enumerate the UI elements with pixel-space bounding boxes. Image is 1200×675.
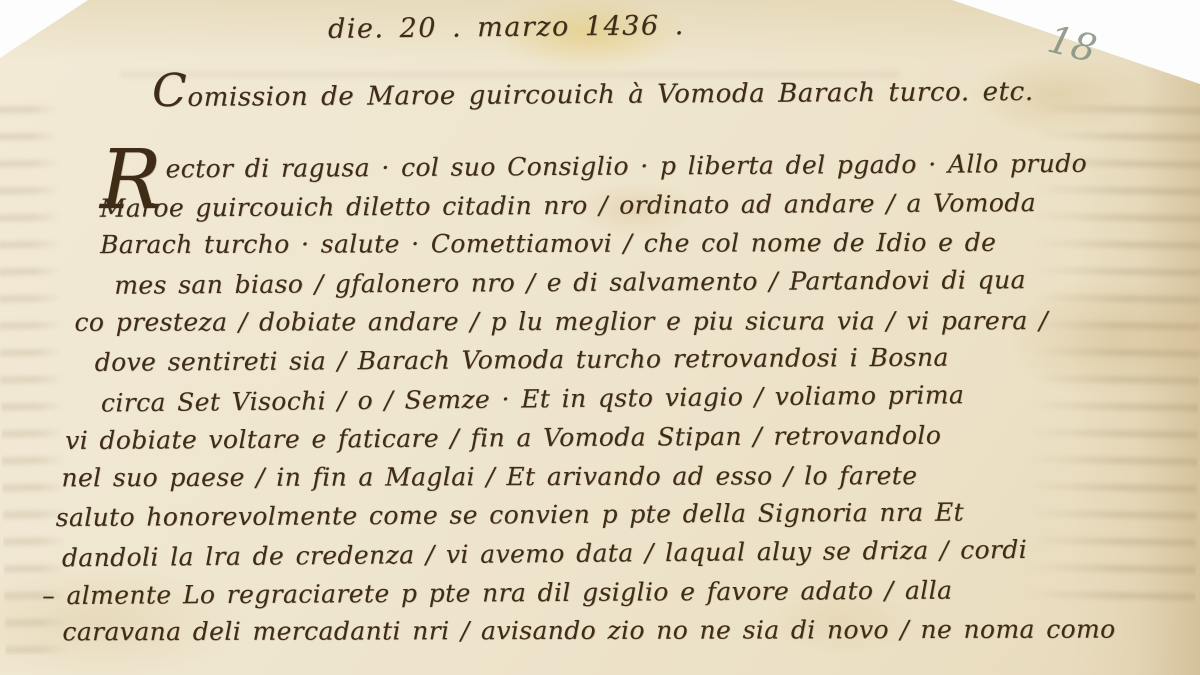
- date-line: die. 20 . marzo 1436 .: [328, 10, 685, 45]
- manuscript-line: Barach turcho · salute · Comettiamovi / …: [100, 228, 1064, 269]
- scan-background: die. 20 . marzo 1436 . 18 Comission de M…: [0, 0, 1200, 675]
- manuscript-line: mes san biaso / gfalonero nro / e di sal…: [114, 265, 1064, 309]
- manuscript-line: co presteza / dobiate andare / p lu megl…: [74, 306, 1064, 346]
- manuscript-line: caravana deli mercadanti nri / avisando …: [62, 615, 1066, 656]
- manuscript-line: ector di ragusa · col suo Consiglio · p …: [165, 149, 1063, 193]
- manuscript-line: nel suo paese / in fin a Maglai / Et ari…: [61, 460, 1065, 501]
- manuscript-line: – almente Lo regraciarete p pte nra dil …: [42, 574, 1066, 619]
- body-text: ector di ragusa · col suo Consiglio · p …: [53, 149, 1066, 658]
- manuscript-line: vi dobiate voltare e faticare / fin a Vo…: [65, 420, 1065, 465]
- manuscript-line: Maroe guircouich diletto citadin nro / o…: [100, 188, 1064, 233]
- title-line: Comission de Maroe guircouich à Vomoda B…: [152, 77, 1034, 113]
